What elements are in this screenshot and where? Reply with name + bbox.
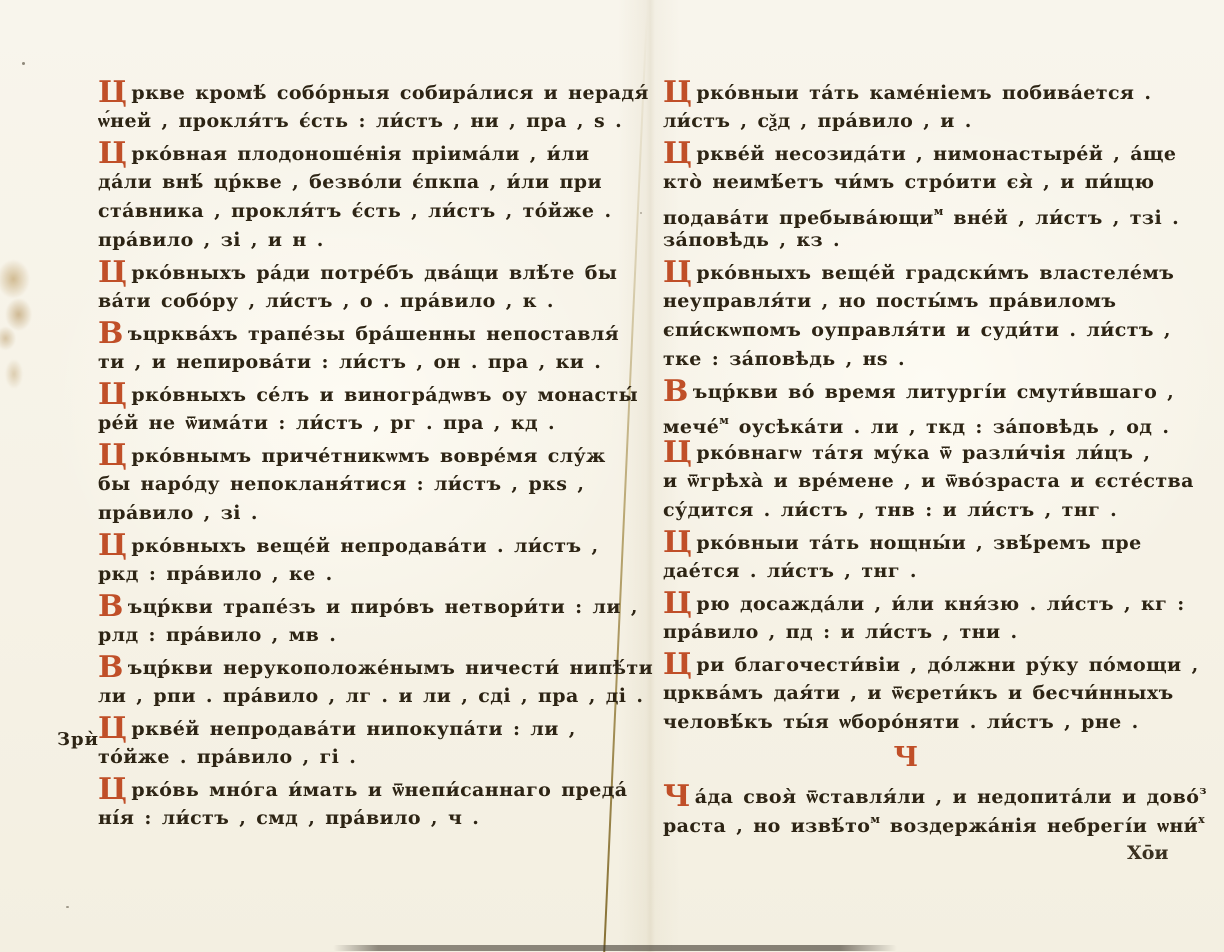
drop-initial: Ц — [98, 255, 127, 290]
superscript-letter: м — [870, 813, 880, 826]
entry-line-text: ъцрква́хъ трапе́зы бра́шенны непоставля́ — [128, 323, 619, 345]
entry-line: ти , и непирова́ти : ли́стъ , он . пра ,… — [98, 348, 623, 377]
entry-line: Цри благочести́віи , до́лжни ру́ку по́мо… — [663, 650, 1193, 679]
drop-initial: В — [98, 650, 124, 685]
index-entry: Црко́вныхъ се́лъ и виногра́дѡвъ оу монас… — [98, 380, 623, 438]
entry-line: Въцр́кви во́ время литургі́и смути́вшаго… — [663, 377, 1193, 406]
index-entry: Црко́вная плодоноше́нія пріима́ли , и́ли… — [98, 139, 623, 255]
index-entry: Црко́внагѡ та́тя му́ка ѿ разли́чія ли́цъ… — [663, 438, 1193, 525]
entry-line-text: ъцр́кви трапе́зъ и пиро́въ нетвори́ти : … — [128, 596, 638, 618]
drop-initial: В — [98, 316, 124, 351]
drop-initial: Ц — [663, 255, 692, 290]
drop-initial: Ц — [663, 525, 692, 560]
left-page: Цркве кромѣ́ собо́рныя собира́лися и нер… — [98, 78, 623, 836]
entry-line: мече́м оусѣка́ти . ли , ткд : за́повѣдь … — [663, 406, 1193, 435]
ink-speck — [640, 212, 642, 214]
section-letter-header: Ч — [641, 740, 1171, 776]
entry-line-text: рко́вныхъ веще́й непродава́ти . ли́стъ , — [131, 535, 598, 557]
entry-line: ні́я : ли́стъ , смд , пра́вило , ч . — [98, 804, 623, 833]
entry-line: пра́вило , зі , и н . — [98, 226, 623, 255]
drop-initial: Ц — [98, 75, 127, 110]
entry-line-text: рко́вь мно́га и́мать и ѿнепи́саннаго пре… — [131, 779, 627, 801]
index-entry: Цркве́й несозида́ти , нимонастыре́й , а́… — [663, 139, 1193, 255]
entry-line-text: рко́внагѡ та́тя му́ка ѿ разли́чія ли́цъ … — [696, 442, 1150, 464]
entry-line: Въцр́кви нерукоположе́нымъ ничести́ нипѣ… — [98, 653, 623, 682]
entry-line-text: рко́вныхъ веще́й градски́мъ властеле́мъ — [696, 262, 1174, 284]
entry-line: Въцрква́хъ трапе́зы бра́шенны непоставля… — [98, 319, 623, 348]
quire-signature: Хо̄и — [1127, 842, 1169, 864]
entry-line: Ча́да своя̀ ѿставля́ли , и недопита́ли и… — [663, 776, 1193, 805]
entry-line-text: рко́внымъ приче́тникѡмъ вовре́мя слу́ж — [131, 445, 605, 467]
ink-speck — [22, 62, 25, 65]
entry-line-text: ркве́й несозида́ти , нимонастыре́й , а́щ… — [696, 143, 1176, 165]
index-entry: Црко́вныхъ веще́й непродава́ти . ли́стъ … — [98, 531, 623, 589]
entry-line-text: ри благочести́віи , до́лжни ру́ку по́мощ… — [696, 654, 1198, 676]
entry-line: пра́вило , зі . — [98, 499, 623, 528]
paper-stain — [0, 250, 42, 354]
entry-line-text: ркве́й непродава́ти нипокупа́ти : ли , — [131, 718, 575, 740]
drop-initial: В — [663, 374, 689, 409]
drop-initial: Ц — [98, 377, 127, 412]
entry-line: Црко́вныхъ веще́й непродава́ти . ли́стъ … — [98, 531, 623, 560]
entry-line: Въцр́кви трапе́зъ и пиро́въ нетвори́ти :… — [98, 592, 623, 621]
entry-line: Црко́вныи та́ть каме́ніемъ побива́ется . — [663, 78, 1193, 107]
paper-stain — [2, 350, 32, 410]
entry-line: Црко́вныхъ ра́ди потре́бъ два́щи влѣ́те … — [98, 258, 623, 287]
entry-line: ѡ́ней , прокля́тъ є́сть : ли́стъ , ни , … — [98, 107, 623, 136]
entry-line: Црю досажда́ли , и́ли кня́зю . ли́стъ , … — [663, 589, 1193, 618]
index-entry: Црко́вныхъ ра́ди потре́бъ два́щи влѣ́те … — [98, 258, 623, 316]
index-entry: Въцр́кви во́ время литургі́и смути́вшаго… — [663, 377, 1193, 435]
drop-initial: Ц — [98, 711, 127, 746]
entry-line-text: ъцр́кви нерукоположе́нымъ ничести́ нипѣ́… — [128, 657, 653, 679]
index-entry: Црко́вныхъ веще́й градски́мъ властеле́мъ… — [663, 258, 1193, 374]
entry-line: ва́ти собо́ру , ли́стъ , о . пра́вило , … — [98, 287, 623, 316]
entry-line: Црко́внагѡ та́тя му́ка ѿ разли́чія ли́цъ… — [663, 438, 1193, 467]
entry-line-text: рко́вныхъ се́лъ и виногра́дѡвъ оу монаст… — [131, 384, 638, 406]
index-entry: Въцр́кви нерукоположе́нымъ ничести́ нипѣ… — [98, 653, 623, 711]
entry-line: ста́вника , прокля́тъ є́сть , ли́стъ , т… — [98, 197, 623, 226]
entry-line-text: рю досажда́ли , и́ли кня́зю . ли́стъ , к… — [696, 593, 1184, 615]
entry-line: да́ли внѣ́ цр́кве , безво́ли є́пкпа , и́… — [98, 168, 623, 197]
entry-line: неуправля́ти , но посты́мъ пра́виломъ — [663, 287, 1193, 316]
entry-line: человѣ́къ ты́я ѡборо́няти . ли́стъ , рне… — [663, 708, 1193, 737]
index-entry: Црко́внымъ приче́тникѡмъ вовре́мя слу́жб… — [98, 441, 623, 528]
superscript-letter: м — [934, 205, 944, 218]
entry-line: црква́мъ дая́ти , и ѿєрети́къ и бесчи́нн… — [663, 679, 1193, 708]
entry-line: Црко́вная плодоноше́нія пріима́ли , и́ли — [98, 139, 623, 168]
entry-line: то́йже . пра́вило , гі . — [98, 743, 623, 772]
entry-line: Црко́вь мно́га и́мать и ѿнепи́саннаго пр… — [98, 775, 623, 804]
index-entry: Ча́да своя̀ ѿставля́ли , и недопита́ли и… — [663, 776, 1193, 834]
superscript-letter: м — [719, 414, 729, 427]
index-entry: Црко́вныи та́ть каме́ніемъ побива́ется .… — [663, 78, 1193, 136]
entry-line: кто̀ неимѣ́етъ чи́мъ стро́ити єя̀ , и пи… — [663, 168, 1193, 197]
entry-line-text: рко́вная плодоноше́нія пріима́ли , и́ли — [131, 143, 589, 165]
entry-line: Цркве́й непродава́ти нипокупа́ти : ли , — [98, 714, 623, 743]
drop-initial: Ц — [98, 528, 127, 563]
entry-line: подава́ти пребыва́ющим вне́й , ли́стъ , … — [663, 197, 1193, 226]
entry-line: бы наро́ду непокланя́тися : ли́стъ , ркѕ… — [98, 470, 623, 499]
entry-line: ркд : пра́вило , ке . — [98, 560, 623, 589]
index-entry: Въцрква́хъ трапе́зы бра́шенны непоставля… — [98, 319, 623, 377]
entry-line: Цркве́й несозида́ти , нимонастыре́й , а́… — [663, 139, 1193, 168]
index-entry: Въцр́кви трапе́зъ и пиро́въ нетвори́ти :… — [98, 592, 623, 650]
drop-initial: Ц — [98, 772, 127, 807]
entry-line: рлд : пра́вило , мв . — [98, 621, 623, 650]
superscript-letter: з — [1199, 784, 1206, 797]
entry-line: ли́стъ , сѯд , пра́вило , и . — [663, 107, 1193, 136]
index-entry: Цркве́й непродава́ти нипокупа́ти : ли ,т… — [98, 714, 623, 772]
superscript-letter: х — [1198, 813, 1205, 826]
entry-line-text: рко́вныи та́ть нощны́и , звѣ́ремъ пре — [696, 532, 1141, 554]
entry-line: дае́тся . ли́стъ , тнг . — [663, 557, 1193, 586]
entry-line: єпи́скѡпомъ оуправля́ти и суди́ти . ли́с… — [663, 316, 1193, 345]
entry-line: Црко́вныхъ веще́й градски́мъ властеле́мъ — [663, 258, 1193, 287]
index-entry: Црю досажда́ли , и́ли кня́зю . ли́стъ , … — [663, 589, 1193, 647]
entry-line: и ѿгрѣха̀ и вре́мене , и ѿво́зраста и єс… — [663, 467, 1193, 496]
entry-line: Црко́вныхъ се́лъ и виногра́дѡвъ оу монас… — [98, 380, 623, 409]
book-spread: Зрѝ Цркве кромѣ́ собо́рныя собира́лися и… — [0, 0, 1224, 952]
entry-line: Црко́вныи та́ть нощны́и , звѣ́ремъ пре — [663, 528, 1193, 557]
entry-line-text: ъцр́кви во́ время литургі́и смути́вшаго … — [693, 381, 1174, 403]
entry-line: су́дится . ли́стъ , тнв : и ли́стъ , тнг… — [663, 496, 1193, 525]
drop-initial: Ц — [663, 435, 692, 470]
entry-line-text: ркве кромѣ́ собо́рныя собира́лися и нера… — [131, 82, 648, 104]
drop-initial: Ц — [663, 136, 692, 171]
entry-line-text: рко́вныи та́ть каме́ніемъ побива́ется . — [696, 82, 1151, 104]
entry-line: пра́вило , пд : и ли́стъ , тни . — [663, 618, 1193, 647]
drop-initial: В — [98, 589, 124, 624]
entry-line: за́повѣдь , кз . — [663, 226, 1193, 255]
entry-line: ре́й не ѿима́ти : ли́стъ , рг . пра , кд… — [98, 409, 623, 438]
drop-initial: Ц — [663, 647, 692, 682]
drop-initial: Ц — [98, 136, 127, 171]
entry-line-text: рко́вныхъ ра́ди потре́бъ два́щи влѣ́те б… — [131, 262, 617, 284]
index-entry: Црко́вныи та́ть нощны́и , звѣ́ремъ преда… — [663, 528, 1193, 586]
entry-line: тке : за́повѣдь , нѕ . — [663, 345, 1193, 374]
scan-edge-shadow — [333, 945, 897, 951]
index-entry: Црко́вь мно́га и́мать и ѿнепи́саннаго пр… — [98, 775, 623, 833]
index-entry: Цркве кромѣ́ собо́рныя собира́лися и нер… — [98, 78, 623, 136]
ink-speck — [66, 906, 69, 908]
drop-initial: Ц — [663, 75, 692, 110]
entry-line: Црко́внымъ приче́тникѡмъ вовре́мя слу́ж — [98, 441, 623, 470]
entry-line: раста , но извѣ́том воздержа́нія небрегі… — [663, 805, 1193, 834]
drop-initial: Ц — [663, 586, 692, 621]
index-entry: Цри благочести́віи , до́лжни ру́ку по́мо… — [663, 650, 1193, 737]
right-page: Црко́вныи та́ть каме́ніемъ побива́ется .… — [663, 78, 1193, 837]
margin-note-zri: Зрѝ — [57, 729, 99, 750]
entry-line: ли , рпи . пра́вило , лг . и ли , сді , … — [98, 682, 623, 711]
entry-line: Цркве кромѣ́ собо́рныя собира́лися и нер… — [98, 78, 623, 107]
drop-initial: Ц — [98, 438, 127, 473]
